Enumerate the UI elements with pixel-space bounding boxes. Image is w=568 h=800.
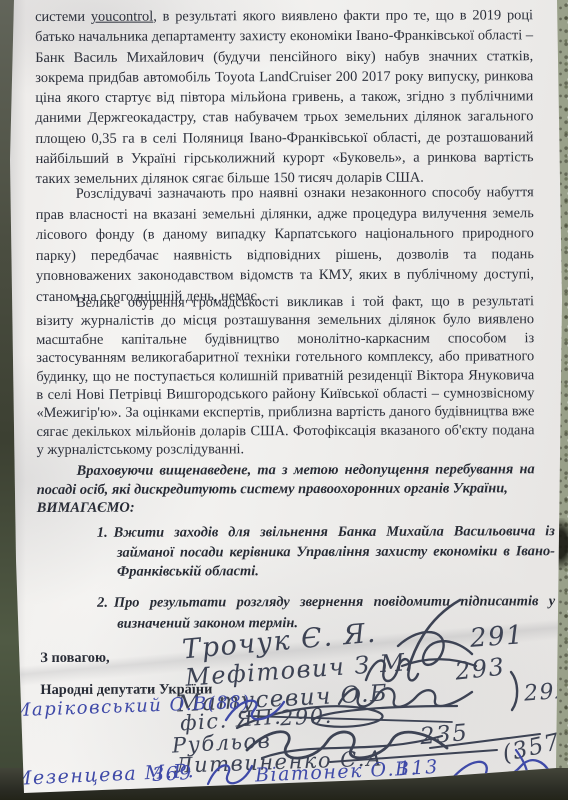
document-photo: системи youcontrol, в результаті якого в… bbox=[0, 0, 568, 800]
signature-count: 369 bbox=[151, 762, 193, 786]
paper-sheet: системи youcontrol, в результаті якого в… bbox=[0, 0, 568, 800]
signature-flourish bbox=[222, 690, 288, 728]
signatures-layer: Трочук Є. Я. 291 Мефітович З М 293 Матус… bbox=[0, 0, 568, 800]
signature-count: 291 bbox=[469, 620, 525, 654]
signature-count: 113 bbox=[397, 756, 439, 780]
